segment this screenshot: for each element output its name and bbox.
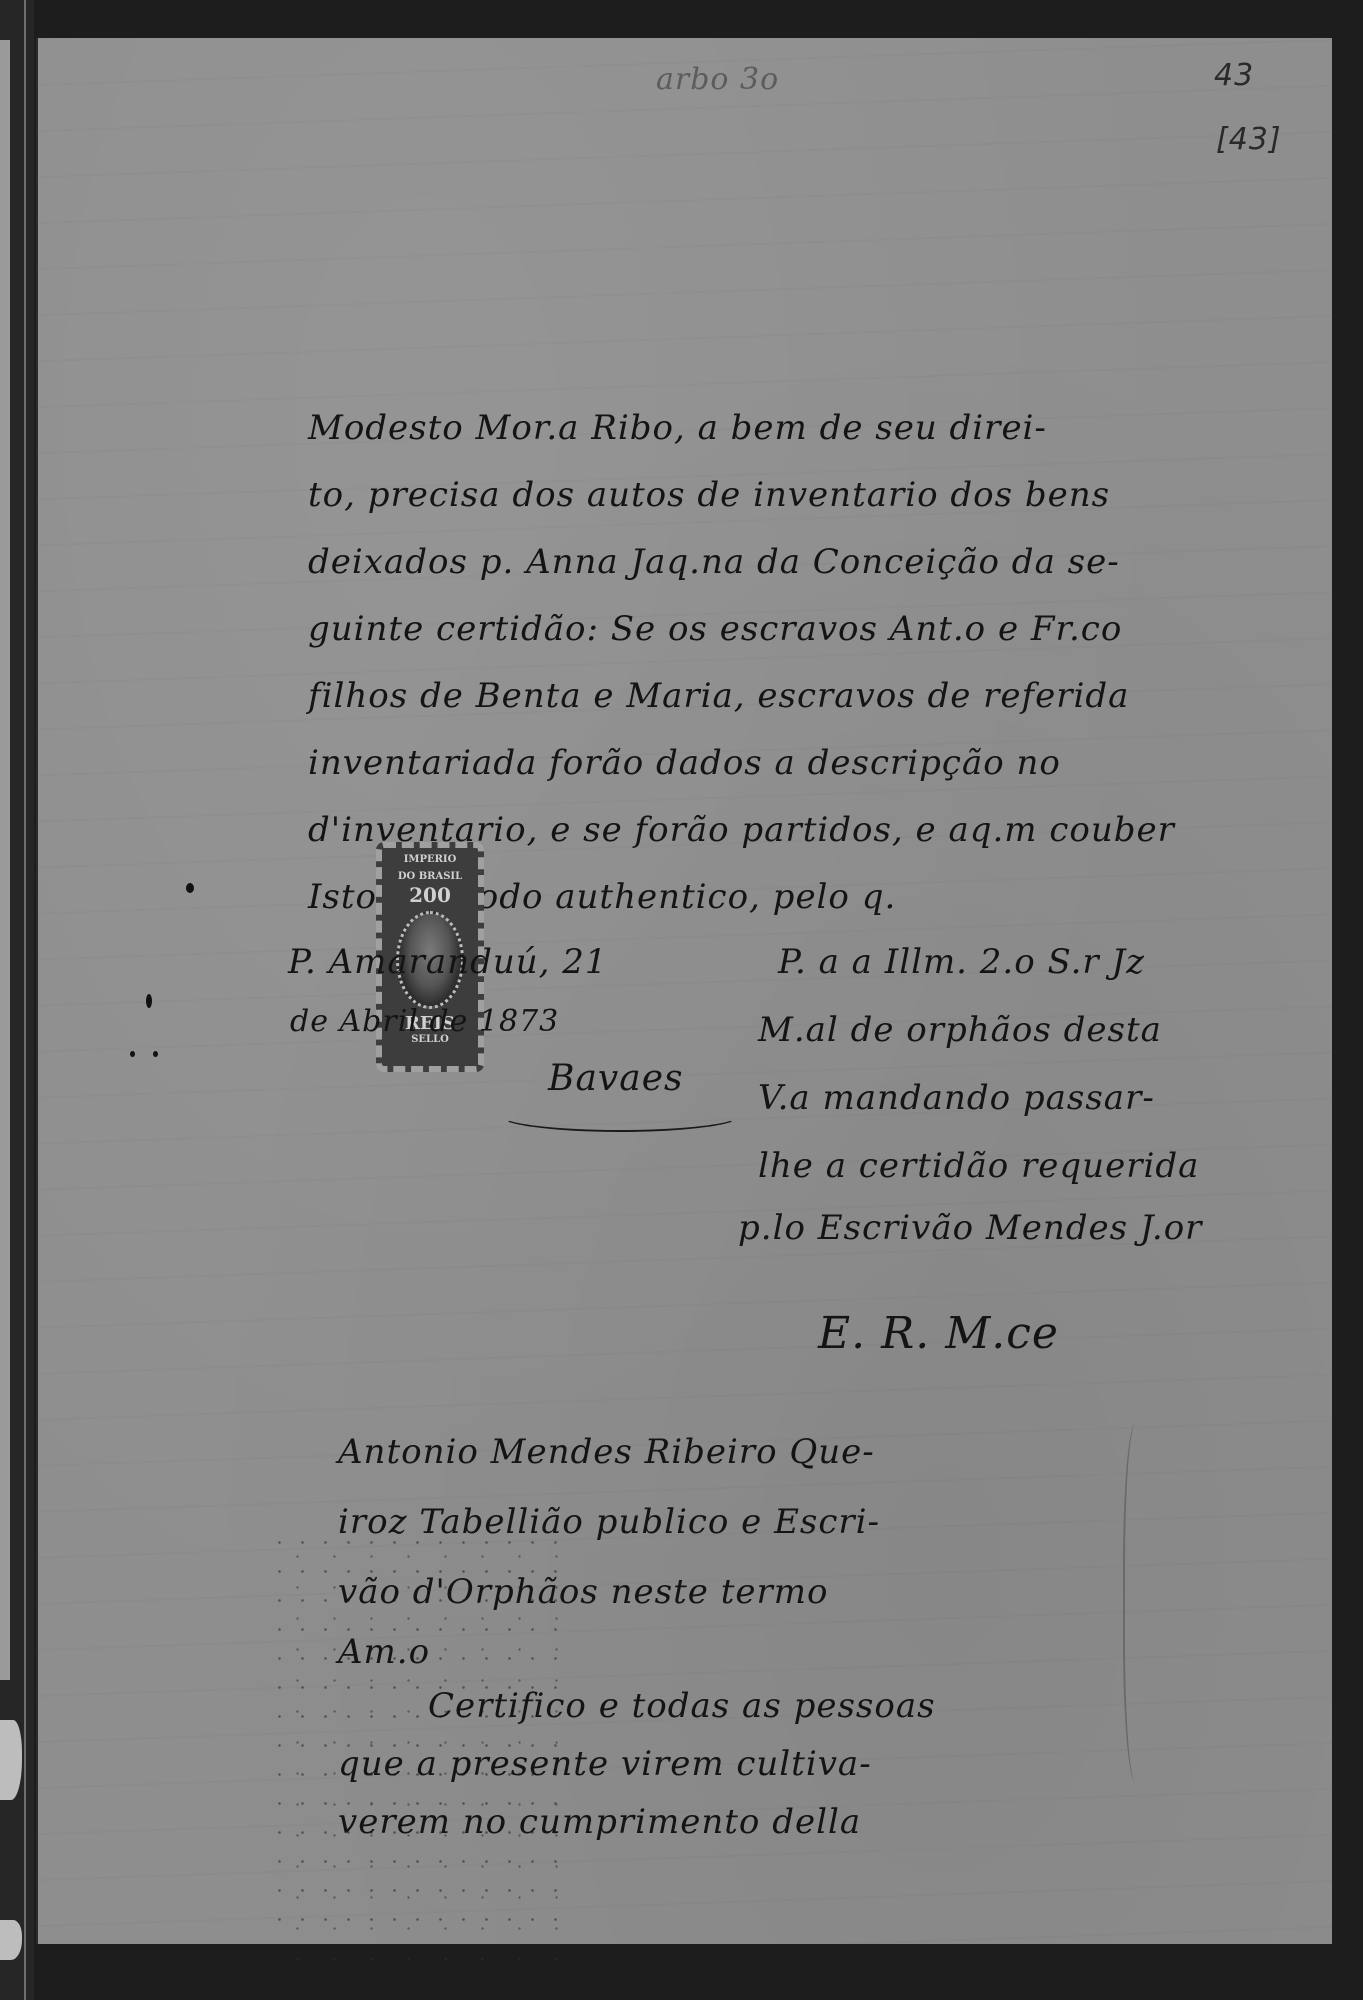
petition-line: inventariada forão dados a descripção no [308,743,1061,783]
ink-blot [186,883,194,893]
paper-tear [0,1720,22,1800]
certificate-line: Am.o [338,1632,430,1672]
dispatch-line: lhe a certidão requerida [758,1146,1199,1186]
folio-number: 43 [1214,58,1254,93]
margin-faint-text [1168,1478,1176,1503]
stamp-value: 200 [382,883,478,907]
petition-line: deixados p. Anna Jaq.na da Conceição da … [308,542,1120,582]
dateline-date: de Abril de 1873 [290,1004,559,1039]
petition-line: to, precisa dos autos de inventario dos … [308,475,1110,515]
header-note: arbo 3o [656,62,779,97]
page-edge [0,40,10,1680]
petition-line: filhos de Benta e Maria, escravos de ref… [308,676,1129,716]
dispatch-line: P. a a Illm. 2.o S.r Jz [778,942,1145,982]
dispatch-line: M.al de orphãos desta [758,1010,1162,1050]
paper-tear [0,1920,22,1960]
signature-flourish [498,1098,742,1132]
certificate-line: vão d'Orphãos neste termo [338,1572,828,1612]
dispatch-line: p.lo Escrivão Mendes J.or [738,1208,1202,1248]
certificate-line: iroz Tabellião publico e Escri- [338,1502,880,1542]
certificate-line: Antonio Mendes Ribeiro Que- [338,1432,875,1472]
document-page: arbo 3o 43 [43] Modesto Mor.a Ribo, a be… [36,38,1332,1944]
dispatch-signature: E. R. M.ce [818,1308,1059,1359]
stamp-text-imperio: IMPERIO [382,854,478,865]
bleed-through-text [268,228,276,253]
scan-left-margin [0,0,34,2000]
ink-blot [146,994,152,1008]
certify-line: que a presente virem cultiva- [338,1744,872,1784]
signature-bavaes: Bavaes [548,1058,684,1099]
certify-line: verem no cumprimento della [338,1802,861,1842]
ink-blot [153,1051,158,1057]
petition-line: Modesto Mor.a Ribo, a bem de seu direi- [308,408,1047,448]
certify-line: Certifico e todas as pessoas [428,1686,936,1726]
dateline-place: P. Amaranduú, 21 [288,942,608,982]
stamp-text-brasil: DO BRASIL [382,871,478,882]
dispatch-line: V.a mandando passar- [758,1078,1155,1118]
petition-line: guinte certidão: Se os escravos Ant.o e … [308,609,1122,649]
folio-number-bracketed: [43] [1216,122,1282,157]
margin-bracket [1123,1423,1155,1783]
ink-blot [130,1051,135,1057]
scan-rule [24,0,26,2000]
